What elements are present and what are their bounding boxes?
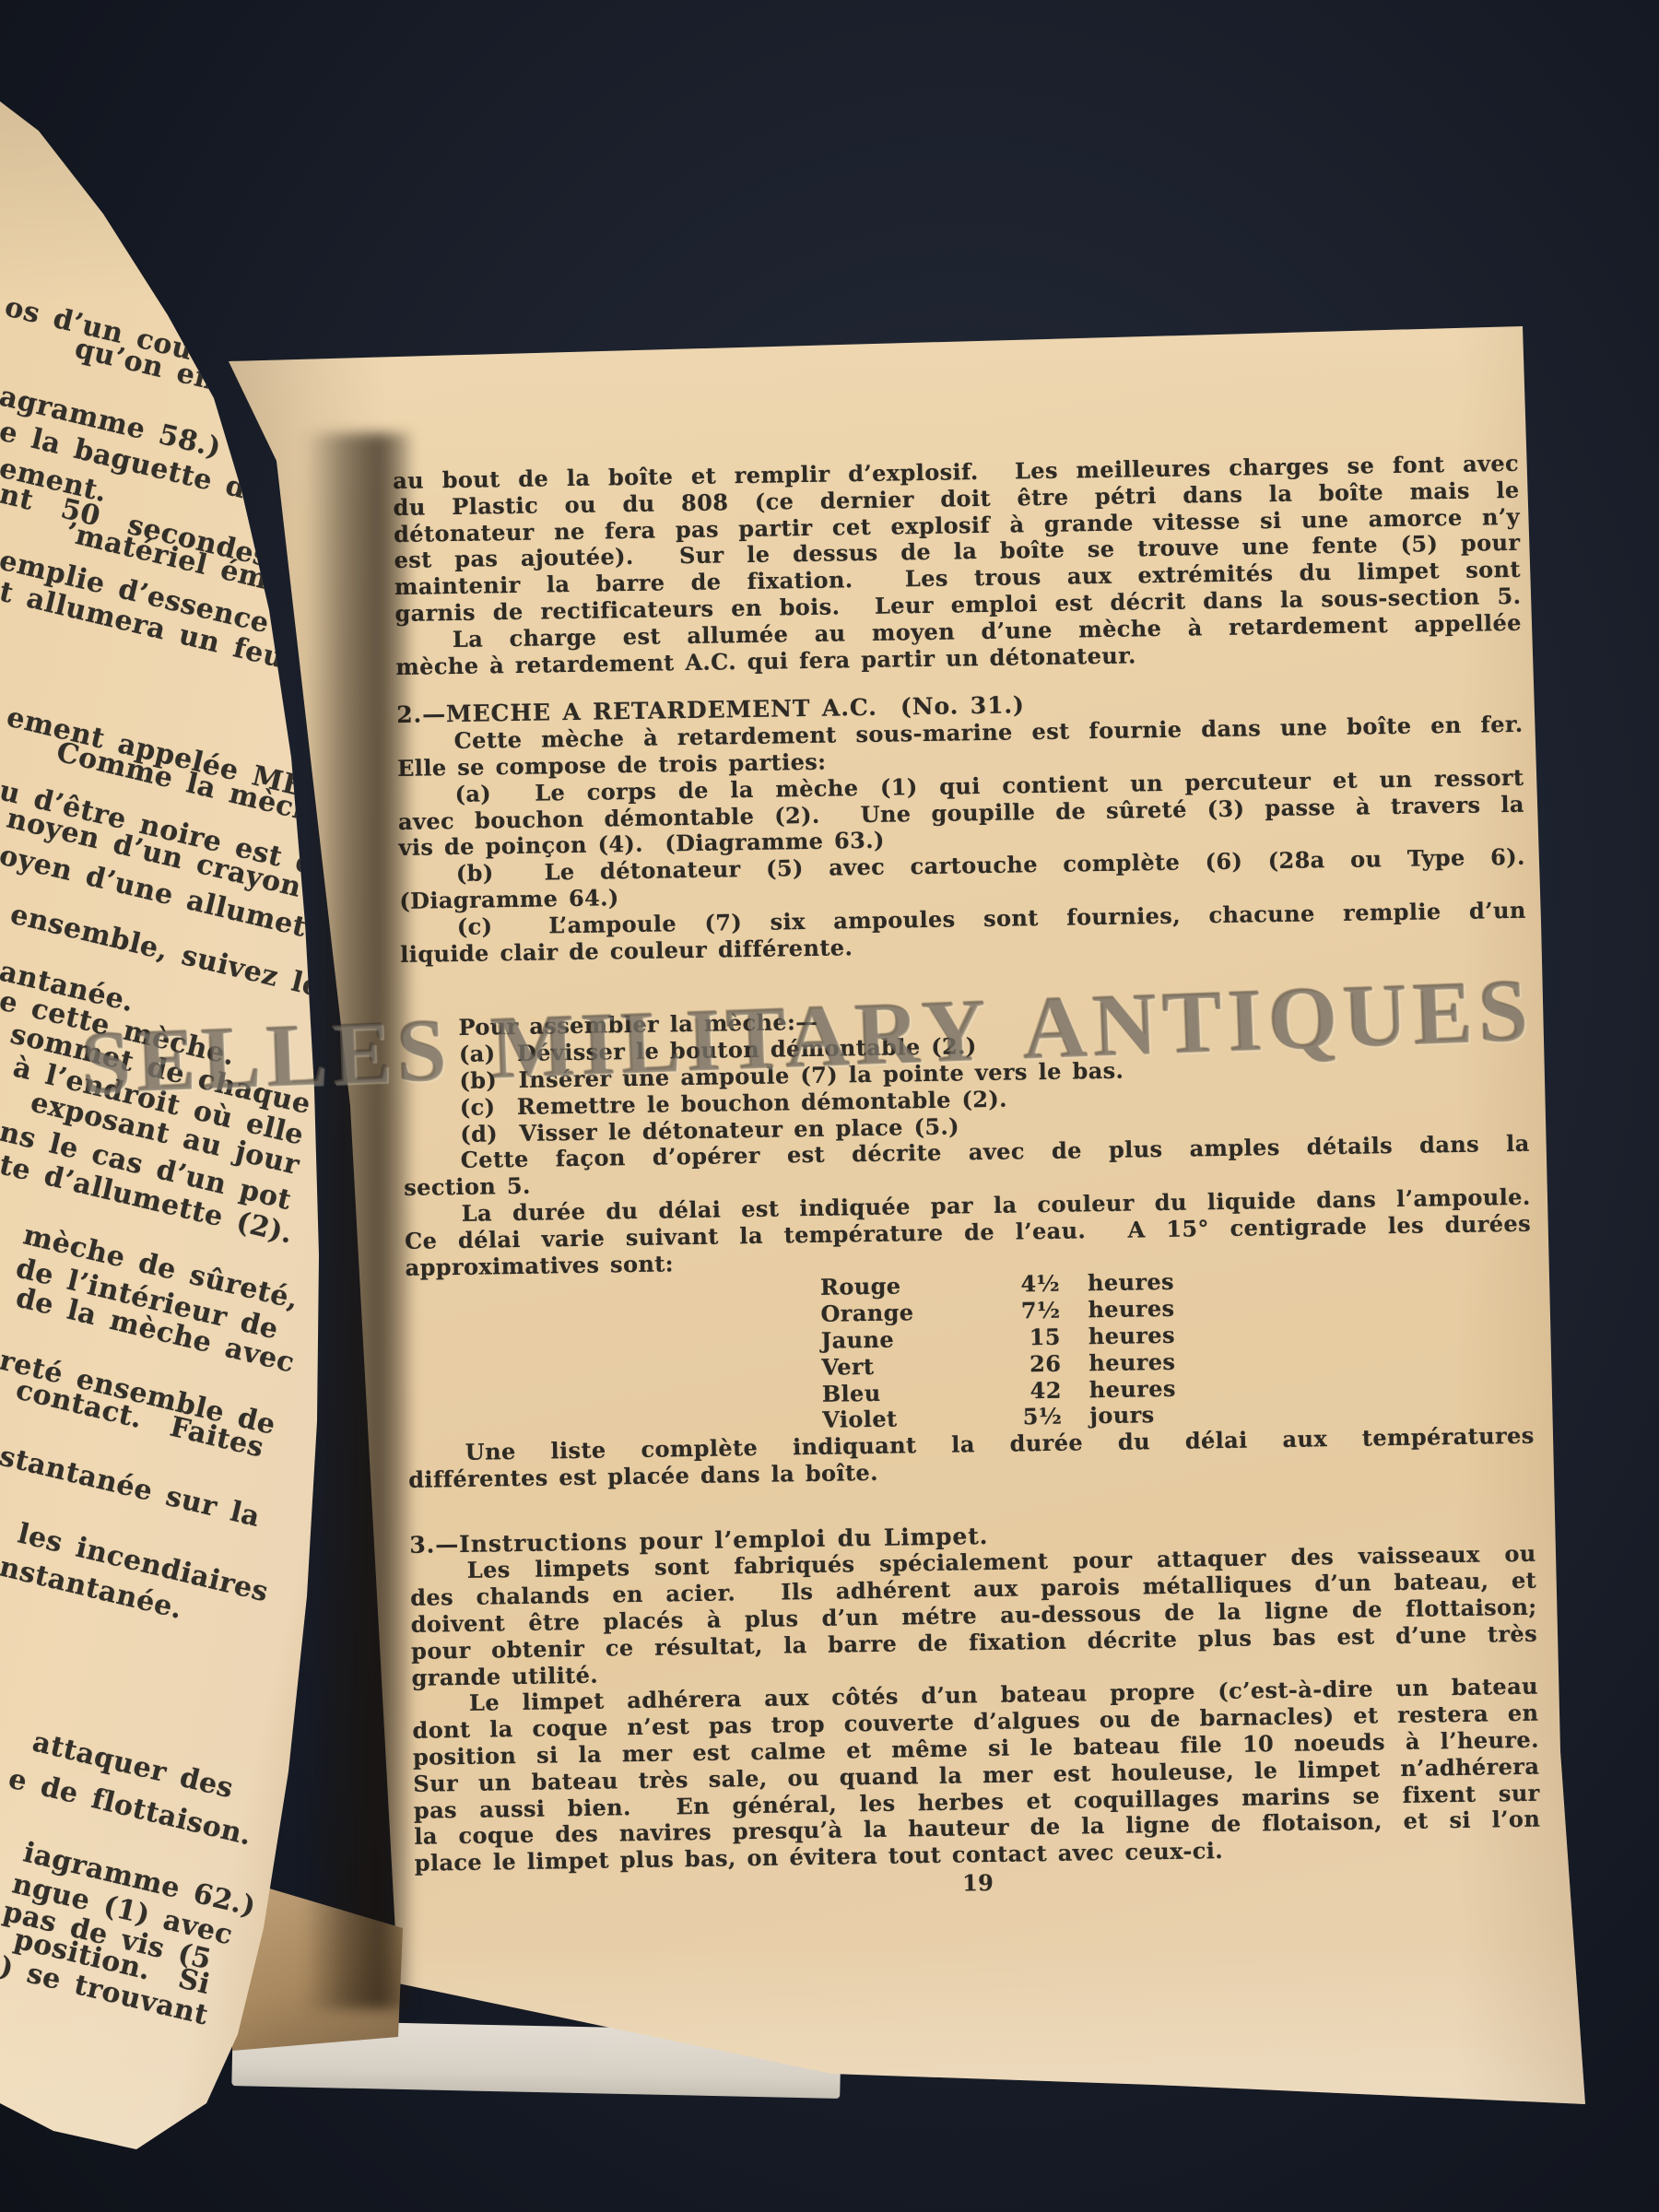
delay-color: Rouge: [820, 1272, 995, 1301]
book-photo: au bout de la boîte et remplir d’explosi…: [0, 0, 1659, 2212]
delay-unit: heures: [1088, 1348, 1175, 1376]
delay-value: 42: [997, 1377, 1062, 1405]
delay-color: Jaune: [821, 1325, 996, 1355]
delay-color: Vert: [821, 1352, 996, 1382]
delay-value: 7½: [995, 1298, 1060, 1325]
delay-unit: heures: [1088, 1296, 1174, 1324]
delay-unit: heures: [1089, 1375, 1176, 1403]
spine-shadow: [304, 433, 410, 2009]
right-page-text: au bout de la boîte et remplir d’explosi…: [393, 451, 1541, 1906]
delay-value: 26: [996, 1350, 1061, 1378]
delay-value: 15: [996, 1324, 1061, 1352]
delay-color: Violet: [822, 1405, 997, 1434]
delay-value: 4½: [995, 1271, 1060, 1299]
right-page: au bout de la boîte et remplir d’explosi…: [212, 313, 1594, 2120]
delay-color: Bleu: [822, 1378, 997, 1407]
delay-unit: jours: [1089, 1402, 1155, 1430]
delay-unit: heures: [1088, 1323, 1175, 1350]
delay-color: Orange: [820, 1299, 995, 1328]
delay-value: 5½: [997, 1404, 1062, 1431]
delay-unit: heures: [1088, 1269, 1174, 1297]
